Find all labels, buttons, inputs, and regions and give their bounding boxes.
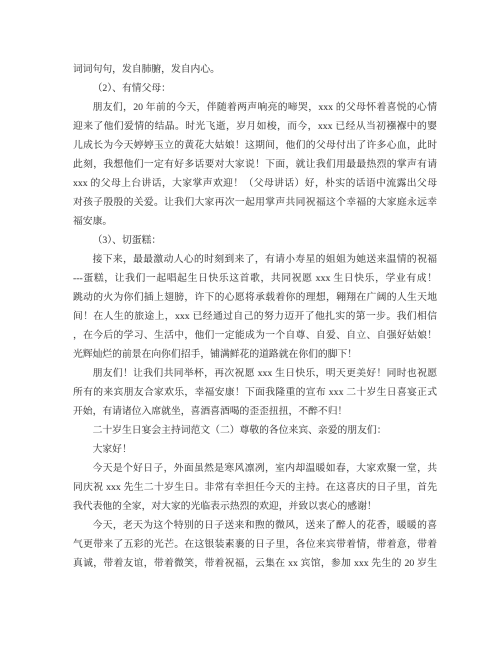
text-line: 对孩子殷殷的关爱。让我们大家再次一起用掌声共同祝福这个幸福的大家庭永远幸: [73, 193, 437, 212]
document-page: 词词句句，发自肺腑，发自内心。（2）、有情父母：朋友们，20 年前的今天，伴随着…: [0, 0, 500, 647]
text-line: 所有的来宾朋友合家欢乐，幸福安康！下面我隆重的宣布 xxx 二十岁生日喜宴正式: [73, 383, 437, 402]
text-line: 气更带来了五彩的光芒。在这银装素裹的日子里，各位来宾带着情，带着意，带着: [73, 535, 437, 554]
text-line: 真诚，带着友谊，带着微笑，带着祝福，云集在 xx 宾馆，参加 xxx 先生的 2…: [73, 554, 437, 573]
text-line: ---蛋糕，让我们一起唱起生日快乐这首歌，共同祝愿 xxx 生日快乐，学业有成！: [73, 269, 437, 288]
text-line: 二十岁生日宴会主持词范文（二）尊敬的各位来宾、亲爱的朋友们：: [73, 421, 437, 440]
text-line: 接下来，最最激动人心的时刻到来了，有请小寿星的姐姐为她送来温情的祝福: [73, 250, 437, 269]
text-line: （2）、有情父母：: [73, 79, 437, 98]
text-line: 儿成长为今天婷婷玉立的黄花大姑娘！这期间，他们的父母付出了许多心血，此时: [73, 136, 437, 155]
text-line: 朋友们，20 年前的今天，伴随着两声响亮的啼哭，xxx 的父母怀着喜悦的心情: [73, 98, 437, 117]
text-line: xxx 的父母上台讲话，大家掌声欢迎！（父母讲话）好，朴实的话语中流露出父母: [73, 174, 437, 193]
text-line: 迎来了他们爱情的结晶。时光飞逝，岁月如梭，而今，xxx 已经从当初襁褓中的婴: [73, 117, 437, 136]
text-line: ，在今后的学习、生活中，他们一定能成为一个自尊、自爱、自立、自强好姑娘！: [73, 326, 437, 345]
text-line: （3）、切蛋糕：: [73, 231, 437, 250]
text-line: 跳动的火为你们插上翅膀，许下的心愿将承载着你的理想，翱翔在广阔的人生天地: [73, 288, 437, 307]
text-line: 朋友们！让我们共同举杯，再次祝愿 xxx 生日快乐，明天更美好！同时也祝愿: [73, 364, 437, 383]
document-text-block: 词词句句，发自肺腑，发自内心。（2）、有情父母：朋友们，20 年前的今天，伴随着…: [73, 60, 437, 573]
text-line: 今天是个好日子，外面虽然是寒风凛冽，室内却温暖如春，大家欢聚一堂，共: [73, 459, 437, 478]
text-line: 此刻，我想他们一定有好多话要对大家说！下面，就让我们用最最热烈的掌声有请: [73, 155, 437, 174]
text-line: 大家好！: [73, 440, 437, 459]
text-line: 今天，老天为这个特别的日子送来和煦的微风，送来了醉人的花香，暖暖的喜: [73, 516, 437, 535]
text-line: 光辉灿烂的前景在向你们招手，铺满鲜花的道路就在你们的脚下！: [73, 345, 437, 364]
text-line: 我代表他的全家，对大家的光临表示热烈的欢迎，并致以衷心的感谢！: [73, 497, 437, 516]
text-line: 福安康。: [73, 212, 437, 231]
text-line: 开始，有请诸位入席就坐，喜酒喜酒喝的歪歪扭扭，不醉不归！: [73, 402, 437, 421]
text-line: 词词句句，发自肺腑，发自内心。: [73, 60, 437, 79]
text-line: 同庆祝 xxx 先生二十岁生日。非常有幸担任今天的主持。在这喜庆的日子里，首先: [73, 478, 437, 497]
text-line: 间！在人生的旅途上，xxx 已经通过自己的努力迈开了他扎实的第一步。我们相信: [73, 307, 437, 326]
